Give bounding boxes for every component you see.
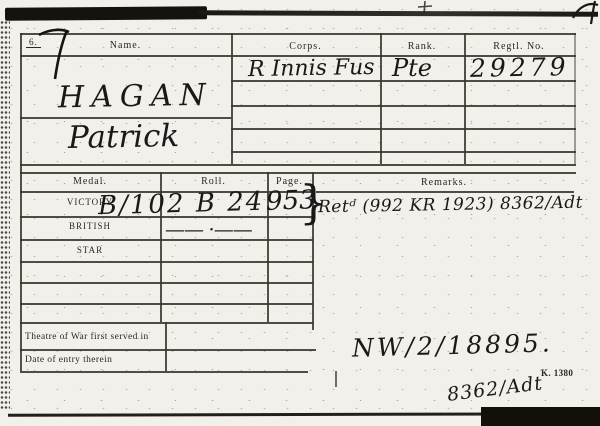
grid-line [20, 164, 576, 166]
duplicate-note: 8362/Adt [446, 374, 544, 405]
grid-line [231, 128, 576, 130]
roll-header: Roll. [160, 176, 267, 187]
pen-stroke-seven [36, 27, 74, 81]
scan-artifact-bottom-blob [481, 407, 600, 426]
scan-artifact-left-band [0, 20, 10, 410]
medal-header: Medal. [20, 176, 160, 187]
rank-value: Pte [392, 56, 432, 80]
grid-line [20, 303, 313, 305]
reference-number: NW/2/18895. [352, 330, 553, 360]
date-of-entry-label: Date of entry therein [25, 355, 112, 365]
grid-line [231, 33, 233, 164]
name-header: Name. [20, 40, 231, 51]
grid-line [20, 33, 576, 35]
forename-value: Patrick [68, 121, 180, 154]
remarks-header: Remarks. [312, 177, 576, 188]
form-code: K. 1380 [541, 368, 573, 378]
grid-line [574, 33, 576, 164]
victory-roll-value: B/102 B 24 [98, 189, 265, 219]
corps-value: R Innis Fus [248, 57, 375, 81]
grid-line [20, 282, 313, 284]
grid-line [335, 371, 337, 387]
surname-value: HAGAN [58, 81, 213, 114]
theatre-of-war-label: Theatre of War first served in [25, 332, 149, 342]
grid-line [20, 261, 313, 263]
british-ditto-mark: —— ·—— [165, 219, 252, 239]
grid-line [231, 105, 576, 107]
scan-artifact-top-band [5, 6, 207, 20]
grid-line [20, 349, 316, 351]
grid-line [20, 371, 308, 373]
medal-index-card: 6. Name. Corps. Rank. Regtl. No. Medal. … [0, 0, 600, 426]
regtl-no-value: 29279 [470, 54, 570, 81]
regtl-no-header: Regtl. No. [464, 41, 574, 52]
grid-line [231, 151, 576, 153]
pen-cross-mark [416, 0, 434, 16]
pen-corner-mark [571, 0, 600, 26]
grid-line [20, 172, 576, 174]
rank-header: Rank. [380, 41, 464, 52]
grid-line [380, 33, 382, 164]
corps-header: Corps. [231, 41, 380, 52]
medal-row-label-star: STAR [20, 245, 160, 255]
grid-line [165, 322, 167, 371]
scan-artifact-top-line [198, 10, 598, 16]
remarks-value: Retᵈ (992 KR 1923) 8362/Adt [318, 195, 583, 217]
grid-line [464, 33, 466, 164]
medal-row-label-british: BRITISH [20, 221, 160, 231]
